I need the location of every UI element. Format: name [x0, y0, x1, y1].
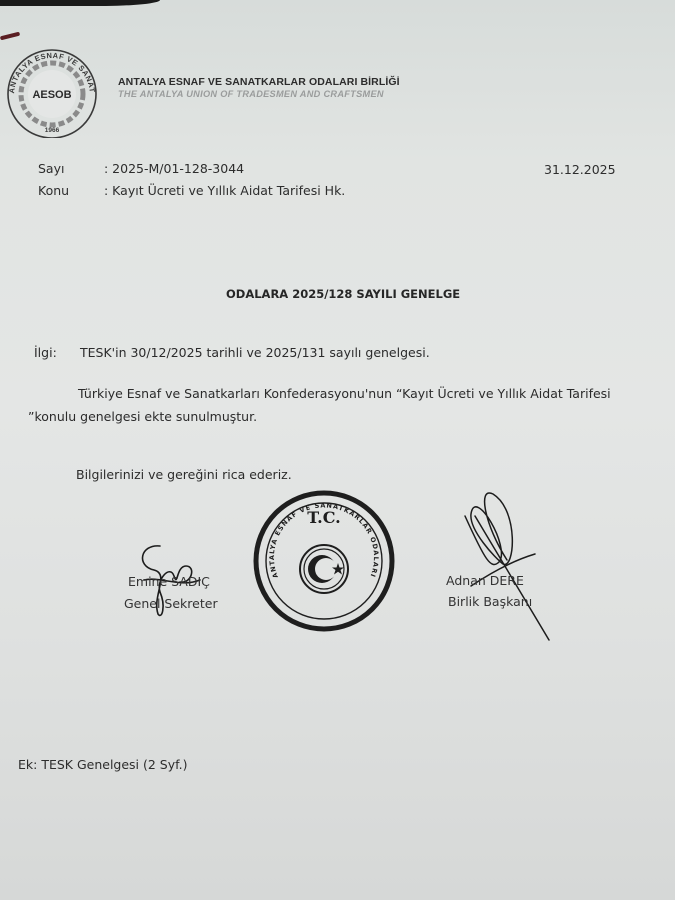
konu-value: : Kayıt Ücreti ve Yıllık Aidat Tarifesi … — [104, 183, 345, 198]
document-date: 31.12.2025 — [544, 162, 616, 177]
body-paragraph-line-1: Türkiye Esnaf ve Sanatkarları Konfederas… — [78, 386, 611, 401]
svg-text:1966: 1966 — [45, 127, 60, 134]
document-title: ODALARA 2025/128 SAYILI GENELGE — [226, 287, 460, 301]
signatory-2-title: Birlik Başkanı — [448, 594, 532, 609]
org-name-english: THE ANTALYA UNION OF TRADESMEN AND CRAFT… — [118, 89, 384, 99]
signatory-1-name: Emine SADIÇ — [128, 574, 210, 589]
closing-sentence: Bilgilerinizi ve gereğini rica ederiz. — [76, 467, 292, 482]
pen-mark — [0, 32, 20, 41]
body-paragraph-line-2: ”konulu genelgesi ekte sunulmuştur. — [28, 409, 257, 424]
svg-text:T.C.: T.C. — [307, 508, 340, 527]
signature-president — [455, 490, 565, 642]
sayi-label: Sayı — [38, 161, 64, 176]
ilgi-value: TESK'in 30/12/2025 tarihli ve 2025/131 s… — [80, 345, 430, 360]
ilgi-label: İlgi: — [34, 345, 57, 360]
official-seal: T.C. ANTALYA ESNAF VE SANATKARLAR ODALAR… — [250, 487, 398, 635]
crescent-star-icon — [308, 555, 344, 583]
aesob-logo: ANTALYA ESNAF VE SANATKARLAR ODALARI BİR… — [2, 46, 102, 138]
org-name-turkish: ANTALYA ESNAF VE SANATKARLAR ODALARI BİR… — [118, 76, 400, 88]
konu-label: Konu — [38, 183, 69, 198]
signatory-2-name: Adnan DERE — [446, 573, 524, 588]
signatory-1-title: Genel Sekreter — [124, 596, 218, 611]
sayi-value: : 2025-M/01-128-3044 — [104, 161, 244, 176]
attachment-note: Ek: TESK Genelgesi (2 Syf.) — [18, 757, 187, 772]
svg-text:AESOB: AESOB — [32, 89, 71, 101]
photo-shadow-edge — [0, 0, 160, 6]
